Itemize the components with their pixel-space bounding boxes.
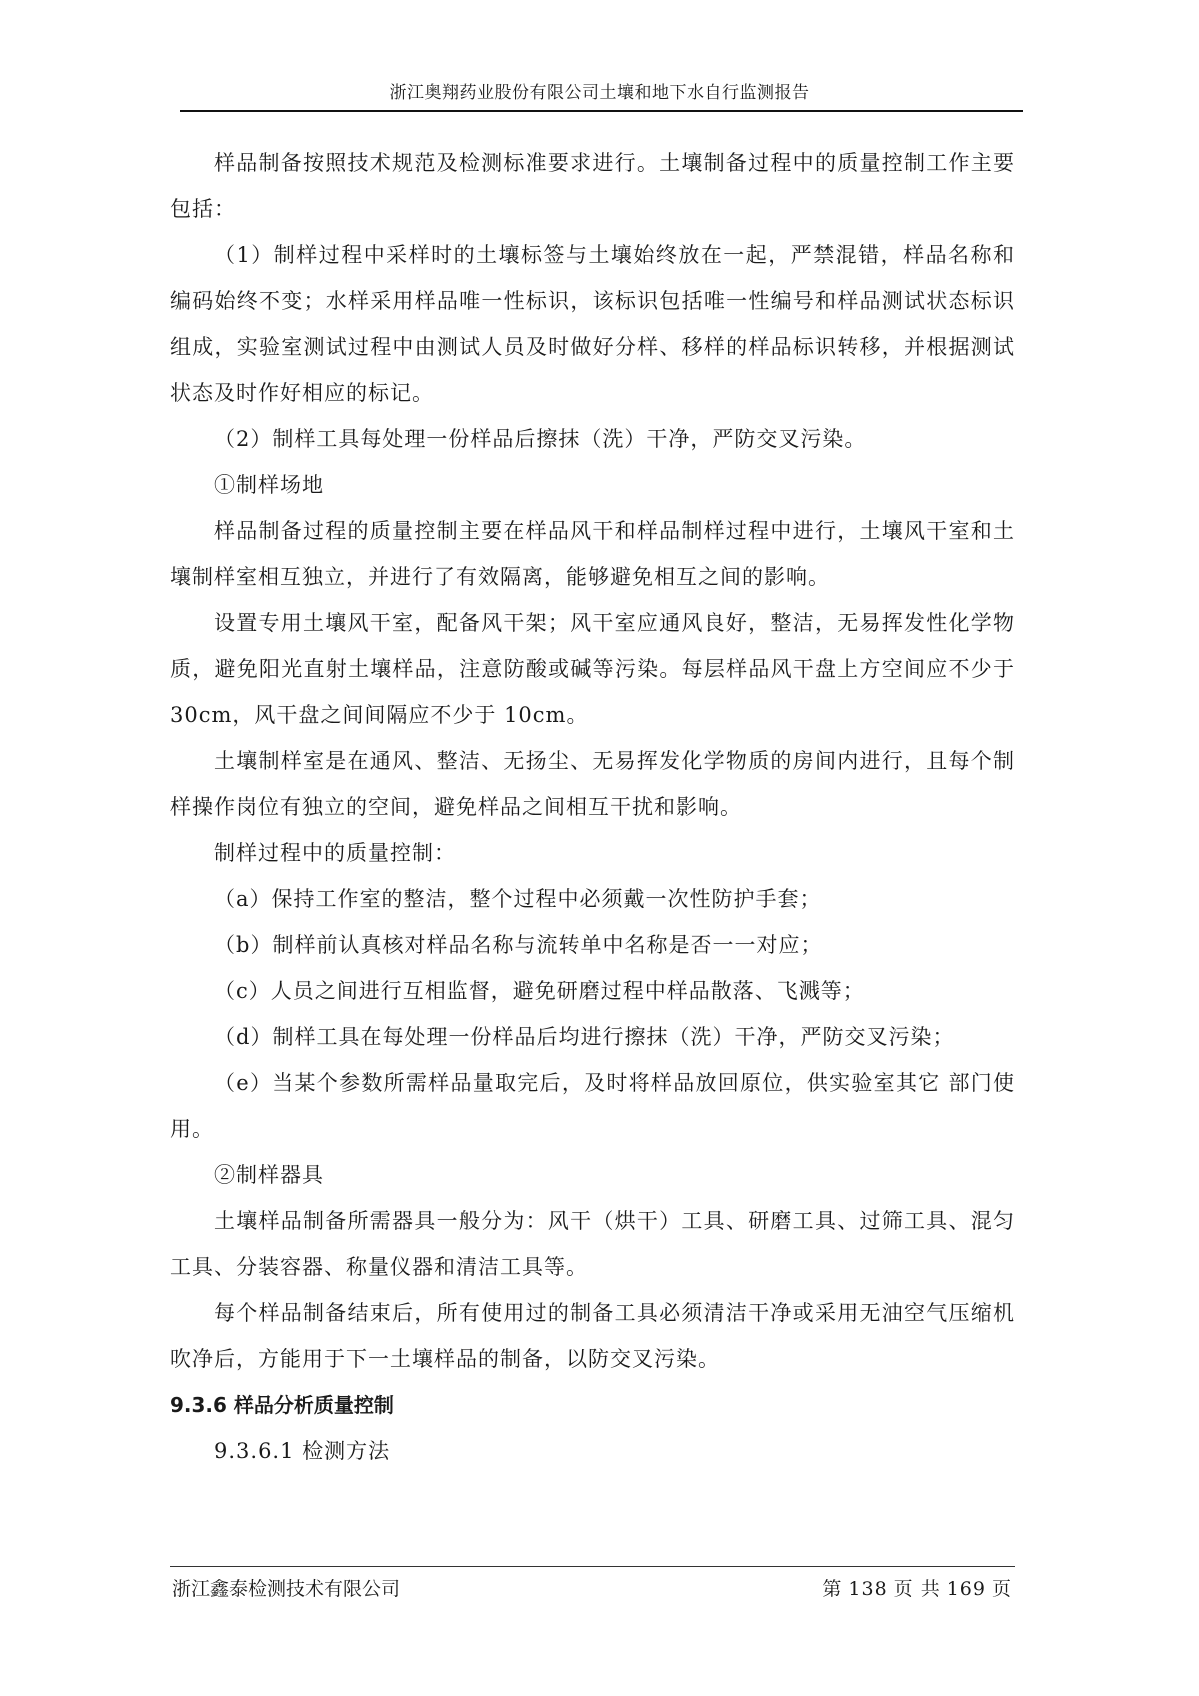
- header-divider: [180, 110, 1023, 112]
- subsection-heading: 9.3.6.1 检测方法: [170, 1428, 1015, 1474]
- section-heading: 9.3.6 样品分析质量控制: [170, 1382, 1015, 1428]
- list-item-b: （b）制样前认真核对样品名称与流转单中名称是否一一对应；: [170, 922, 1015, 968]
- list-item-e: （e）当某个参数所需样品量取完后，及时将样品放回原位，供实验室其它 部门使用。: [170, 1060, 1015, 1152]
- subheading-sample-site: ①制样场地: [170, 462, 1015, 508]
- subheading-sample-tools: ②制样器具: [170, 1152, 1015, 1198]
- page-number: 第138页 共169页: [819, 1574, 1015, 1601]
- document-body: 样品制备按照技术规范及检测标准要求进行。土壤制备过程中的质量控制工作主要包括： …: [170, 140, 1015, 1474]
- paragraph-prep-room: 土壤制样室是在通风、整洁、无扬尘、无易挥发化学物质的房间内进行，且每个制样操作岗…: [170, 738, 1015, 830]
- footer-company: 浙江鑫泰检测技术有限公司: [172, 1574, 400, 1601]
- paragraph-tools-cleaning: 每个样品制备结束后，所有使用过的制备工具必须清洁干净或采用无油空气压缩机吹净后，…: [170, 1290, 1015, 1382]
- paragraph-tools-list: 土壤样品制备所需器具一般分为：风干（烘干）工具、研磨工具、过筛工具、混匀工具、分…: [170, 1198, 1015, 1290]
- paragraph-item-1: （1）制样过程中采样时的土壤标签与土壤始终放在一起，严禁混错，样品名称和编码始终…: [170, 232, 1015, 416]
- running-header-title: 浙江奥翔药业股份有限公司土壤和地下水自行监测报告: [0, 78, 1199, 103]
- footer-divider: [170, 1566, 1015, 1567]
- paragraph-item-2: （2）制样工具每处理一份样品后擦抹（洗）干净，严防交叉污染。: [170, 416, 1015, 462]
- paragraph-site-control: 样品制备过程的质量控制主要在样品风干和样品制样过程中进行，土壤风干室和土壤制样室…: [170, 508, 1015, 600]
- paragraph-qc-intro: 制样过程中的质量控制：: [170, 830, 1015, 876]
- page-current: 138: [848, 1578, 887, 1600]
- list-item-d: （d）制样工具在每处理一份样品后均进行擦抹（洗）干净，严防交叉污染；: [170, 1014, 1015, 1060]
- paragraph-intro: 样品制备按照技术规范及检测标准要求进行。土壤制备过程中的质量控制工作主要包括：: [170, 140, 1015, 232]
- list-item-c: （c）人员之间进行互相监督，避免研磨过程中样品散落、飞溅等；: [170, 968, 1015, 1014]
- list-item-a: （a）保持工作室的整洁，整个过程中必须戴一次性防护手套；: [170, 876, 1015, 922]
- page-suffix: 页: [992, 1578, 1012, 1600]
- page-total: 169: [947, 1578, 986, 1600]
- page-mid: 页 共: [894, 1578, 941, 1600]
- paragraph-drying-room: 设置专用土壤风干室，配备风干架；风干室应通风良好，整洁，无易挥发性化学物质，避免…: [170, 600, 1015, 738]
- page-prefix: 第: [822, 1578, 842, 1600]
